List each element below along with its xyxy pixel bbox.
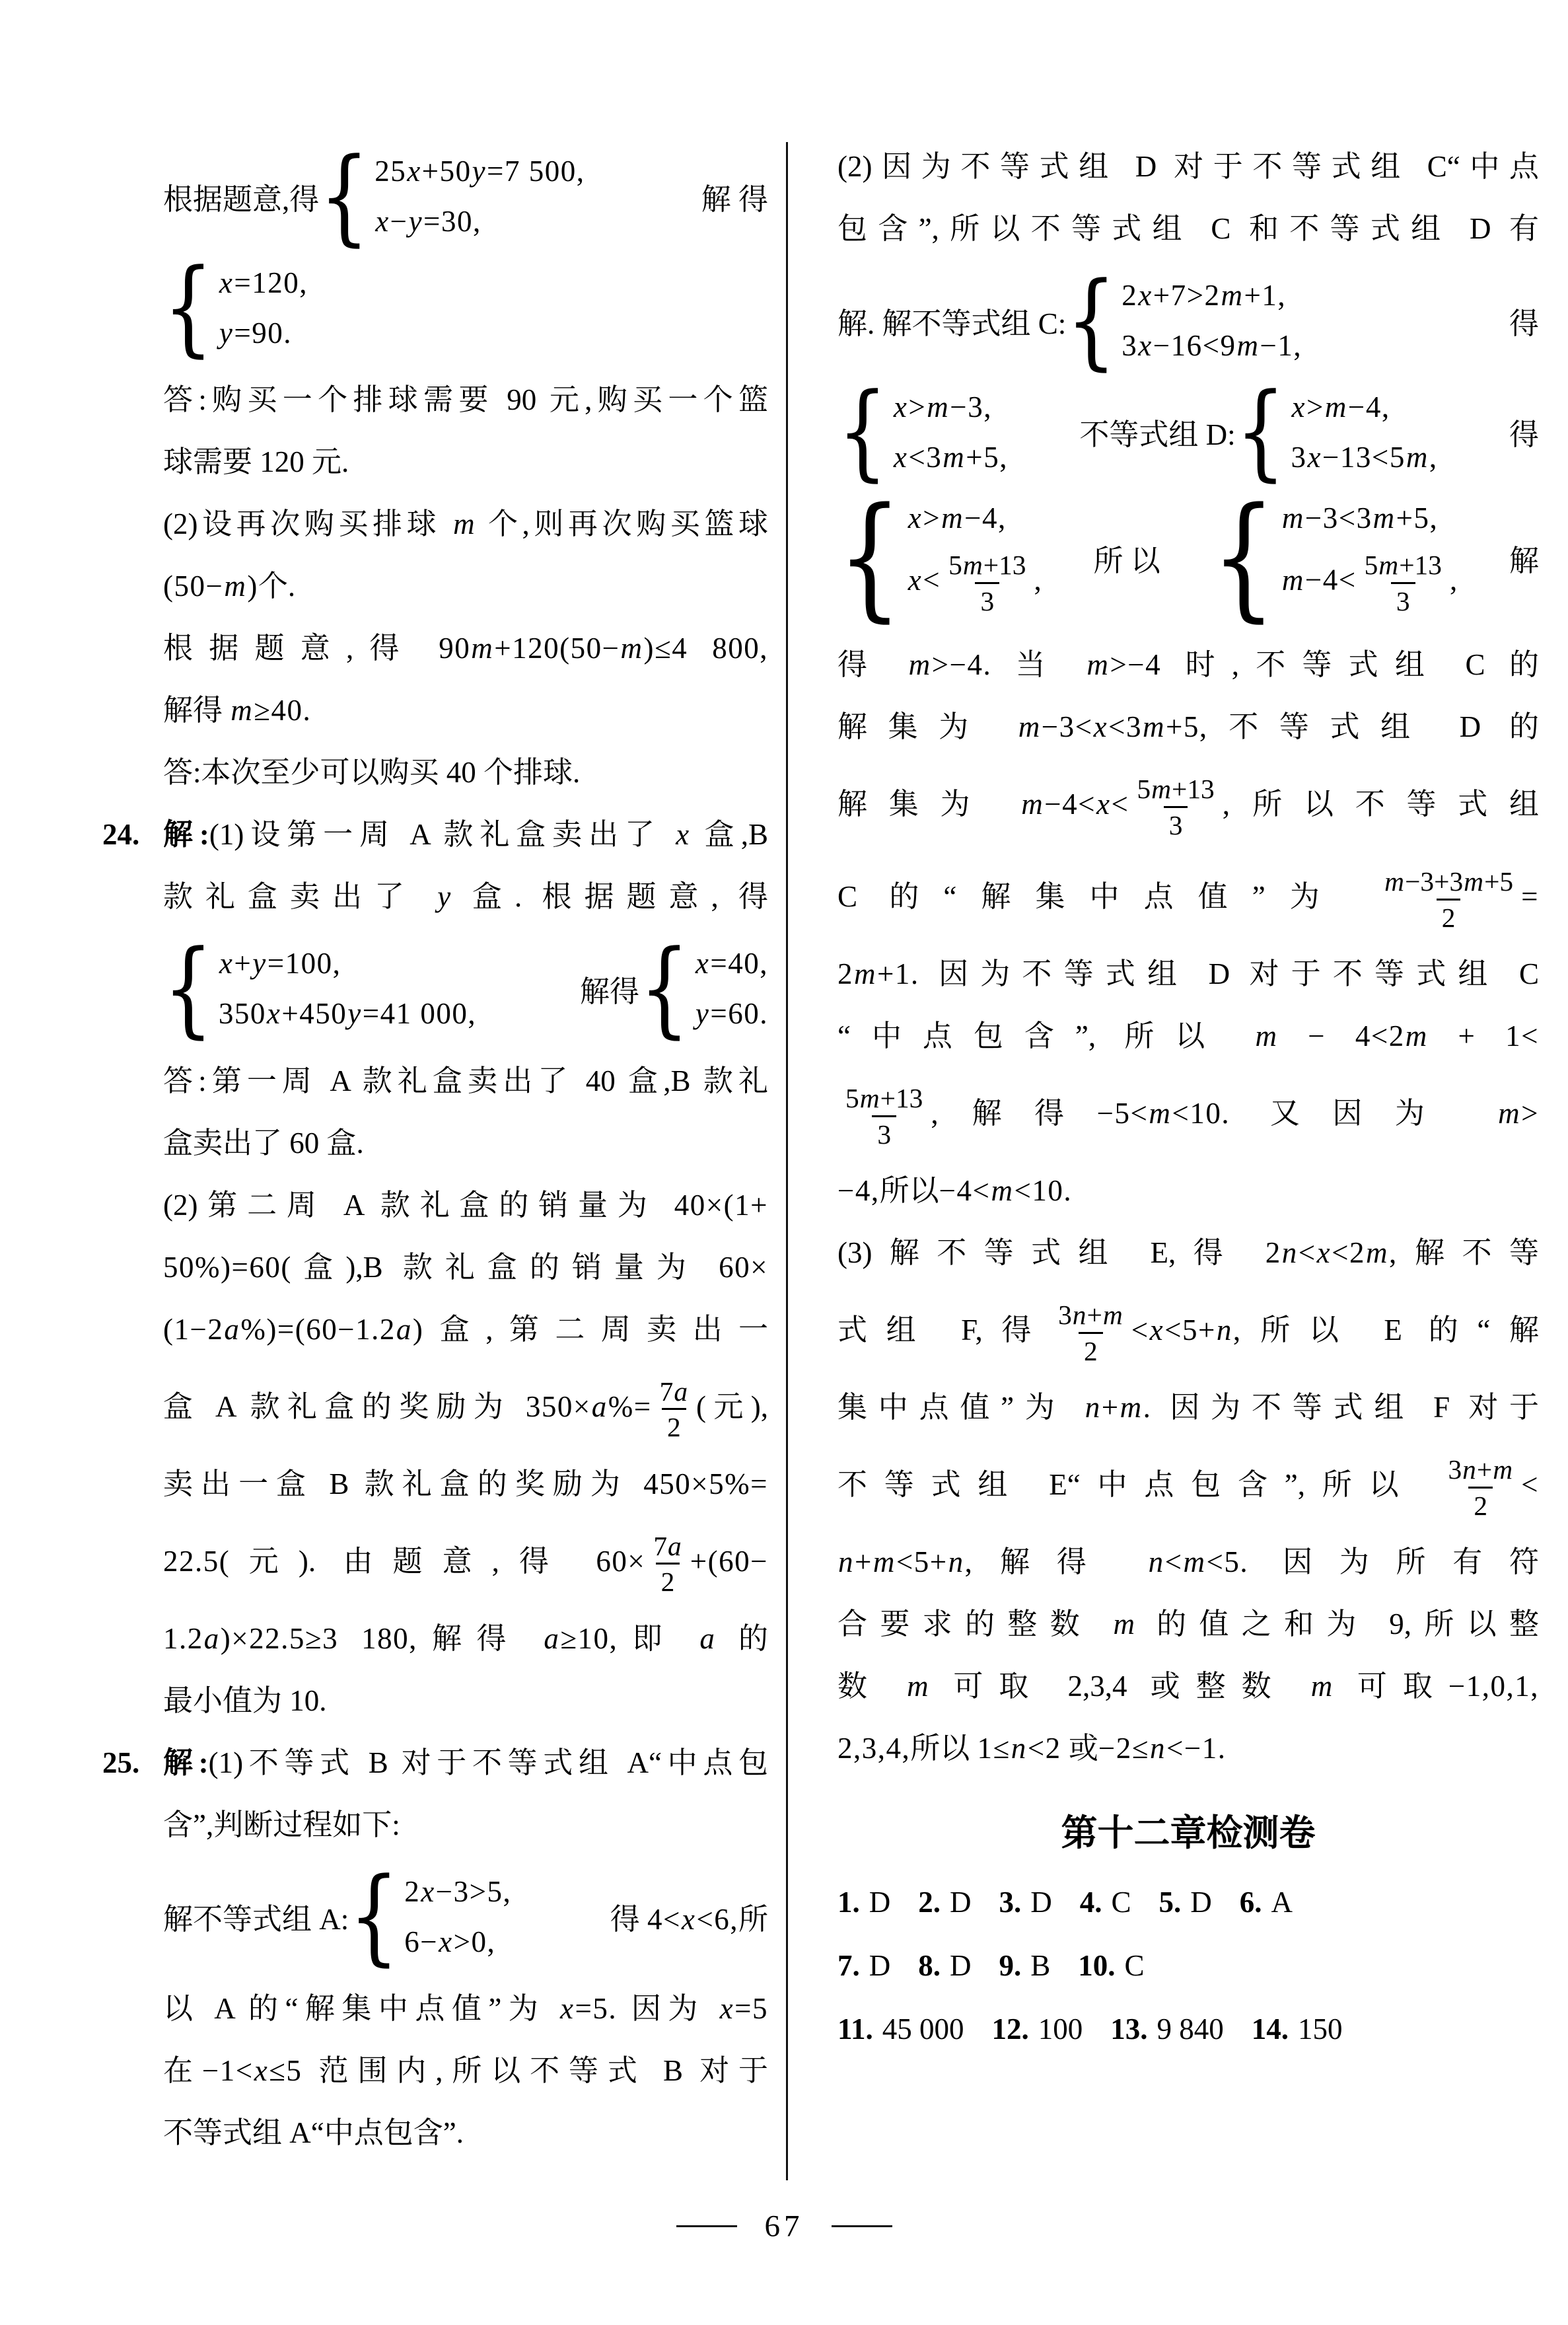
left-brace: { <box>1211 498 1276 618</box>
fraction-numerator: 5m+13 <box>1359 550 1447 581</box>
text-run: 根据题意,得 <box>163 183 319 216</box>
text-run: 所 以 <box>1094 544 1160 577</box>
brace-group: {2x−3>5,6−x>0, <box>349 1866 511 1968</box>
answer-number: 14. <box>1252 2012 1289 2046</box>
answer-number: 8. <box>918 1949 941 1982</box>
text-run: (2)因为不等式组 D 对于不等式组 C“中点 <box>837 150 1539 183</box>
equation-group: 不等式组 D:{x>m−4,3x−13<5m, <box>1079 382 1437 483</box>
equation-text: 所 以 <box>1094 536 1160 579</box>
fraction-denominator: 3 <box>872 1115 896 1150</box>
math-run: , <box>1223 788 1231 821</box>
text-run: 解得 <box>417 1622 543 1655</box>
math-run: 2x−3>5, <box>404 1875 511 1908</box>
footer-dash-left <box>676 2225 737 2227</box>
equation-text: 解 得 <box>701 175 768 218</box>
brace-rows: x>m−4,3x−13<5m, <box>1291 382 1438 483</box>
brace-rows: 2x+7>2m+1,3x−16<9m−1, <box>1122 270 1302 371</box>
math-run: 4<x<6, <box>647 1903 738 1936</box>
math-run: 2,3,4, <box>837 1732 910 1765</box>
equation-row: x>m−4, <box>908 493 1042 543</box>
text-run: 答:购买一个排球需要 90 元,购买一个篮 <box>163 383 768 416</box>
text-run: 个,则再次购买篮球 <box>476 507 768 540</box>
text-run: 即 <box>618 1622 699 1655</box>
answer-item: 12.100 <box>992 2012 1083 2046</box>
answer-value: A <box>1271 1886 1293 1919</box>
equation-line: {x>m−4,x<5m+133,所 以{m−3<3m+5,m−4<5m+133,… <box>837 493 1539 623</box>
math-run: y=90. <box>219 316 292 350</box>
left-brace: { <box>349 1870 399 1964</box>
text-line: 数 m 可取 2,3,4 或整数 m 可取−1,0,1, <box>837 1655 1539 1717</box>
text-line: 包含”,所以不等式组 C 和不等式组 D 有 <box>837 198 1539 260</box>
equation-row: x+y=100, <box>219 938 476 988</box>
equation-line: {x=120,y=90. <box>102 258 768 359</box>
fraction-numerator: 5m+13 <box>1131 774 1219 805</box>
text-run: 因为所有符 <box>1248 1545 1539 1578</box>
text-run: 最小值为 10. <box>163 1684 327 1717</box>
fraction: 7a2 <box>655 1376 694 1443</box>
answer-item: 10.C <box>1078 1948 1144 1983</box>
text-line: 得 m>−4. 当 m>−4 时,不等式组 C 的 <box>837 634 1539 696</box>
answer-item: 4.C <box>1080 1885 1131 1919</box>
math-run: x=120, <box>219 266 308 299</box>
math-run: 90m+120(50−m)≤4 800, <box>439 632 768 665</box>
answer-number: 6. <box>1240 1886 1262 1919</box>
equation-row: x=40, <box>695 938 768 988</box>
text-line: −4,所以−4<m<10. <box>837 1160 1539 1222</box>
text-run: 在 <box>163 2054 202 2087</box>
math-run: (1−2a%)=(60−1.2a) <box>163 1313 423 1346</box>
equation-row: x>m−4, <box>1291 382 1438 432</box>
math-run: 50%)=60 <box>163 1251 281 1284</box>
answer-item: 5.D <box>1159 1885 1212 1919</box>
math-run: , <box>931 1097 939 1130</box>
equation-row: 350x+450y=41 000, <box>219 988 476 1039</box>
text-run: 可取 <box>1334 1670 1448 1703</box>
equation-line: 解. 解不等式组 C:{2x+7>2m+1,3x−16<9m−1,得 <box>837 270 1539 371</box>
text-line: 解得 m≥40. <box>102 679 768 741</box>
math-run: −1,0,1, <box>1448 1670 1539 1703</box>
equation-row: x<5m+133, <box>908 543 1042 623</box>
brace-group: {m−3<3m+5,m−4<5m+133, <box>1211 493 1458 623</box>
math-run: 1.2a)×22.5≥3 180, <box>163 1622 417 1655</box>
answer-line: 11.45 00012.10013.9 84014.150 <box>837 1997 1539 2061</box>
text-run: 款礼盒卖出了 <box>163 880 437 913</box>
text-line: “中点包含”, 所以 m − 4<2m + 1< <box>837 1005 1539 1067</box>
math-run: x <box>675 818 690 851</box>
math-run: m−4< <box>1281 564 1357 597</box>
text-run: 得 <box>610 1903 647 1936</box>
math-run: m <box>1113 1607 1137 1641</box>
math-run: m>−4 <box>1086 648 1161 681</box>
fraction: 5m+133 <box>840 1083 928 1150</box>
answer-item: 11.45 000 <box>837 2012 964 2046</box>
answer-item: 3.D <box>999 1885 1052 1919</box>
brace-rows: 25x+50y=7 500,x−y=30, <box>374 146 585 247</box>
text-run: 当 <box>991 648 1086 681</box>
answer-value: B <box>1030 1949 1050 1982</box>
text-run: 得 <box>837 648 908 681</box>
section-heading: 第十二章检测卷 <box>837 1810 1539 1857</box>
text-line: 以 A 的“解集中点值”为 x=5. 因为 x=5 <box>102 1977 768 2040</box>
page-footer: 67 <box>0 2200 1568 2246</box>
fraction-denominator: 2 <box>1079 1332 1103 1366</box>
brace-group: {x+y=100,350x+450y=41 000, <box>163 938 476 1039</box>
bold-label: 解: <box>163 1746 209 1779</box>
fraction: 3n+m2 <box>1443 1454 1518 1521</box>
math-run: −2≤n<−1. <box>1098 1732 1227 1765</box>
equation-row: 2x−3>5, <box>404 1866 511 1917</box>
fraction-numerator: 7a <box>648 1531 687 1563</box>
fraction: 3n+m2 <box>1053 1300 1129 1366</box>
text-line: 答:第一周 A 款礼盒卖出了 40 盒,B 款礼 <box>102 1050 768 1112</box>
answer-item: 2.D <box>918 1885 971 1919</box>
brace-rows: 2x−3>5,6−x>0, <box>404 1866 511 1968</box>
math-run: (50−m) <box>163 570 258 603</box>
text-run: 解 <box>1509 544 1539 577</box>
math-run: x+y=100, <box>219 947 341 980</box>
text-line: (2)因为不等式组 D 对于不等式组 C“中点 <box>837 135 1539 198</box>
math-run: n+m<5+n, <box>837 1545 973 1578</box>
math-run: 2x+7>2m+1, <box>1122 279 1286 312</box>
math-run: +(60− <box>690 1545 768 1578</box>
equation-row: m−3<3m+5, <box>1281 493 1458 543</box>
fraction-denominator: 2 <box>656 1563 680 1597</box>
text-line: (50−m)个. <box>102 555 768 617</box>
brace-rows: x+y=100,350x+450y=41 000, <box>219 938 476 1039</box>
answer-number: 5. <box>1159 1886 1182 1919</box>
fraction: 7a2 <box>648 1531 687 1598</box>
answer-value: D <box>950 1949 972 1982</box>
left-brace: { <box>1066 274 1116 367</box>
text-line: 解集为 m−4<x<5m+133,所以不等式组 <box>837 758 1539 850</box>
text-run: 解不等式组 A: <box>163 1903 349 1936</box>
text-run: 或 <box>1061 1732 1098 1765</box>
answer-value: C <box>1125 1949 1145 1982</box>
text-line: 含”,判断过程如下: <box>102 1794 768 1856</box>
equation-group: 解不等式组 A:{2x−3>5,6−x>0, <box>163 1866 511 1968</box>
answer-number: 12. <box>992 2012 1029 2046</box>
math-run: 450×5%= <box>643 1467 768 1500</box>
text-line: 式组 F,得3n+m2<x<5+n,所以 E 的“解 <box>837 1284 1539 1376</box>
math-run: 60× <box>719 1251 768 1284</box>
text-run: 解得 <box>163 694 230 727</box>
page: 根据题意,得{25x+50y=7 500,x−y=30,解 得{x=120,y=… <box>0 0 1568 2325</box>
answer-item: 9.B <box>999 1948 1051 1983</box>
equation-group: 解. 解不等式组 C:{2x+7>2m+1,3x−16<9m−1, <box>837 270 1302 371</box>
column-divider <box>786 142 788 2180</box>
math-run: x−y=30, <box>374 205 481 238</box>
text-run: 的值之和为 9,所以整 <box>1137 1607 1539 1641</box>
answer-value: D <box>1190 1886 1212 1919</box>
text-run: 因为 <box>617 1992 719 2025</box>
equation-group: 根据题意,得{25x+50y=7 500,x−y=30, <box>163 146 585 247</box>
text-run: (2)设再次购买排球 <box>163 507 452 540</box>
equation-row: x>m−3, <box>893 382 1008 432</box>
equation-row: 3x−13<5m, <box>1291 432 1438 482</box>
answer-number: 7. <box>837 1949 860 1982</box>
text-run: 不等式组 A“中点包含”. <box>163 2116 464 2149</box>
answer-item: 1.D <box>837 1885 890 1919</box>
brace-group: {25x+50y=7 500,x−y=30, <box>319 146 585 247</box>
answer-line: 1.D2.D3.D4.C5.D6.A <box>837 1870 1539 1934</box>
answer-value: C <box>1112 1886 1131 1919</box>
math-run: m> <box>1497 1097 1539 1130</box>
math-run: 60× <box>596 1545 645 1578</box>
text-line: 款礼盒卖出了 y 盒. 根据题意, 得 <box>102 866 768 928</box>
text-line: 22.5(元). 由题意,得 60×7a2+(60− <box>102 1515 768 1607</box>
left-brace: { <box>837 498 902 618</box>
math-run: −4<m<10. <box>939 1174 1072 1207</box>
text-run: (2)第二周 A 款礼盒的销量为 <box>163 1189 674 1222</box>
answer-line: 7.D8.D9.B10.C <box>837 1934 1539 1997</box>
equation-text: 不等式组 D: <box>1079 410 1235 453</box>
math-run: 6−x>0, <box>404 1925 495 1958</box>
text-line: 最小值为 10. <box>102 1670 768 1732</box>
answer-item: 6.A <box>1240 1885 1293 1919</box>
math-run: m <box>1310 1670 1334 1703</box>
answer-value: 9 840 <box>1157 2012 1224 2046</box>
text-run: 盒. 根据题意, 得 <box>452 880 768 913</box>
text-line: 球需要 120 元. <box>102 431 768 493</box>
text-run: 解得 <box>939 1097 1097 1130</box>
equation-line: 解不等式组 A:{2x−3>5,6−x>0,得 4<x<6,所 <box>102 1866 768 1968</box>
text-run: 所以 <box>910 1732 977 1765</box>
math-run: < <box>1521 1468 1539 1501</box>
text-line: 24.解:(1)设第一周 A 款礼盒卖出了 x 盒,B <box>102 803 768 866</box>
math-run: 2m+1. <box>837 957 919 990</box>
answer-number: 10. <box>1078 1949 1115 1982</box>
left-brace: { <box>163 261 213 355</box>
math-run: m <box>452 507 476 540</box>
text-line: 盒卖出了 60 盒. <box>102 1112 768 1174</box>
brace-rows: x>m−3,x<3m+5, <box>893 382 1008 483</box>
answer-number: 4. <box>1080 1886 1102 1919</box>
brace-rows: x>m−4,x<5m+133, <box>908 493 1042 623</box>
text-line: 2m+1. 因为不等式组 D 对于不等式组 C <box>837 943 1539 1005</box>
text-run: 不等式组 E“中点包含”,所以 <box>837 1468 1440 1501</box>
answer-value: D <box>869 1949 891 1982</box>
text-run: (1)不等式 B 对于不等式组 A“中点包 <box>209 1746 768 1779</box>
text-line: 2,3,4,所以 1≤n<2 或−2≤n<−1. <box>837 1717 1539 1779</box>
math-run: m−3<3m+5, <box>1281 501 1438 535</box>
answer-value: D <box>1030 1886 1052 1919</box>
math-run: x>m−3, <box>893 390 992 424</box>
text-run: 时,不等式组 C 的 <box>1161 648 1539 681</box>
text-run: 可取 2,3,4 或整数 <box>930 1670 1310 1703</box>
text-line: 50%)=60(盒),B 款礼盒的销量为 60× <box>102 1236 768 1298</box>
text-run: 根据题意,得 <box>163 632 439 665</box>
answer-number: 11. <box>837 2012 873 2046</box>
math-run: n+m. <box>1085 1391 1152 1424</box>
text-line: (2)第二周 A 款礼盒的销量为 40×(1+ <box>102 1174 768 1236</box>
brace-group: {x>m−3,x<3m+5, <box>837 382 1008 483</box>
math-run: <x<5+n, <box>1131 1313 1242 1347</box>
math-run: 350x+450y=41 000, <box>219 997 476 1030</box>
brace-group: {x>m−4,3x−13<5m, <box>1236 382 1438 483</box>
equation-text: 解 <box>1509 536 1539 579</box>
text-run: (元), <box>696 1390 768 1423</box>
answer-number: 3. <box>999 1886 1022 1919</box>
text-line: 根据题意,得 90m+120(50−m)≤4 800, <box>102 617 768 679</box>
equation-row: y=90. <box>219 308 308 358</box>
text-run: 所以 <box>880 1174 939 1207</box>
answer-value: 100 <box>1038 2012 1083 2046</box>
fraction: 5m+133 <box>943 550 1031 616</box>
equation-row: x<3m+5, <box>893 432 1008 482</box>
math-run: m−3<x<3m+5, <box>1018 710 1208 743</box>
left-brace: { <box>639 941 690 1035</box>
text-run: 个. <box>258 570 295 603</box>
page-number: 67 <box>765 2209 804 2244</box>
answer-item: 7.D <box>837 1948 890 1983</box>
math-run: , <box>1450 564 1458 597</box>
equation-row: m−4<5m+133, <box>1281 543 1458 623</box>
equation-text: 得 <box>1509 410 1539 453</box>
math-run: x=5. <box>559 1992 617 2025</box>
answer-number: 2. <box>918 1886 941 1919</box>
text-run: 盒卖出了 60 盒. <box>163 1126 364 1160</box>
math-run: x>m−4, <box>1291 390 1390 424</box>
text-run: 答:本次至少可以购买 40 个排球. <box>163 756 580 789</box>
math-run: 40×(1+ <box>674 1189 768 1222</box>
text-run: 因为不等式组 D 对于不等式组 C <box>919 957 1539 990</box>
math-run: 22.5 <box>163 1545 219 1578</box>
text-run: 数 <box>837 1670 906 1703</box>
text-line: 1.2a)×22.5≥3 180,解得 a≥10,即 a 的 <box>102 1607 768 1670</box>
text-run: 所以 E 的“解 <box>1242 1313 1539 1347</box>
text-run: 盒 A 款礼盒的奖励为 <box>163 1390 526 1423</box>
fraction-denominator: 3 <box>975 582 999 616</box>
equation-row: 25x+50y=7 500, <box>374 146 585 196</box>
fraction-numerator: m−3+3m+5 <box>1378 866 1518 898</box>
math-run: 350×a%= <box>526 1390 652 1423</box>
equation-row: 3x−16<9m−1, <box>1122 320 1302 371</box>
text-run: 得 <box>1509 307 1539 340</box>
answer-value: D <box>950 1886 972 1919</box>
text-line: C 的“解集中点值”为 m−3+3m+52= <box>837 850 1539 943</box>
fraction-numerator: 5m+13 <box>943 550 1031 581</box>
text-run: 的 <box>716 1622 768 1655</box>
math-run: 25x+50y=7 500, <box>374 155 585 188</box>
equation-line: {x+y=100,350x+450y=41 000,解得{x=40,y=60. <box>102 938 768 1039</box>
math-run: m>−4. <box>908 648 992 681</box>
text-line: 盒 A 款礼盒的奖励为 350×a%=7a2(元), <box>102 1360 768 1453</box>
text-run: 解得 <box>973 1545 1147 1578</box>
text-line: (1−2a%)=(60−1.2a)盒,第二周卖出一 <box>102 1298 768 1360</box>
math-run: −1<x≤5 <box>202 2054 302 2087</box>
math-run: x=5 <box>719 1992 768 2025</box>
math-run: x< <box>908 564 941 597</box>
text-line: 集中点值”为 n+m. 因为不等式组 F 对于 <box>837 1376 1539 1438</box>
math-run: a <box>699 1622 716 1655</box>
brace-group: {x=120,y=90. <box>163 258 308 359</box>
equation-text: 根据题意,得 <box>163 175 319 218</box>
math-run: a≥10, <box>543 1622 618 1655</box>
brace-group: {2x+7>2m+1,3x−16<9m−1, <box>1066 270 1302 371</box>
text-run: C 的“解集中点值”为 <box>837 880 1376 913</box>
text-run: 解得 <box>580 975 639 1008</box>
math-run: m <box>906 1670 930 1703</box>
math-run: 3x−16<9m−1, <box>1122 329 1302 362</box>
text-run: 不等式组 D: <box>1079 418 1235 451</box>
text-run: 又因为 <box>1230 1097 1497 1130</box>
text-run: 式组 F,得 <box>837 1313 1050 1347</box>
text-line: 合要求的整数 m 的值之和为 9,所以整 <box>837 1593 1539 1655</box>
brace-rows: x=120,y=90. <box>219 258 308 359</box>
answer-number: 9. <box>999 1949 1022 1982</box>
math-run: m≥40. <box>230 694 311 727</box>
text-run: (3)解不等式组 E,得 <box>837 1236 1265 1269</box>
text-run: 所以不等式组 <box>1231 788 1539 821</box>
math-run: y=60. <box>695 997 768 1030</box>
math-run: = <box>1521 880 1539 913</box>
text-line: 卖出一盒 B 款礼盒的奖励为 450×5%= <box>102 1453 768 1515</box>
left-column: 根据题意,得{25x+50y=7 500,x−y=30,解 得{x=120,y=… <box>102 135 768 2164</box>
brace-rows: m−3<3m+5,m−4<5m+133, <box>1281 493 1458 623</box>
text-run: “中点包含”, 所以 <box>837 1019 1255 1052</box>
fraction-denominator: 3 <box>1391 582 1415 616</box>
left-brace: { <box>319 149 369 243</box>
text-line: 25.解:(1)不等式 B 对于不等式组 A“中点包 <box>102 1732 768 1794</box>
equation-text: 得 <box>1509 299 1539 342</box>
brace-rows: x=40,y=60. <box>695 938 768 1039</box>
item-number: 24. <box>102 803 160 866</box>
math-run: 3x−13<5m, <box>1291 441 1438 474</box>
right-column: (2)因为不等式组 D 对于不等式组 C“中点包含”,所以不等式组 C 和不等式… <box>837 135 1539 2061</box>
text-run: 得 <box>1509 418 1539 451</box>
text-line: (2)设再次购买排球 m 个,则再次购买篮球 <box>102 493 768 555</box>
fraction: m−3+3m+52 <box>1378 866 1518 933</box>
text-run: 盒,第二周卖出一 <box>423 1313 768 1346</box>
answer-value: 150 <box>1298 2012 1343 2046</box>
left-brace: { <box>163 941 213 1035</box>
equation-text: 得 4<x<6,所 <box>610 1895 768 1938</box>
math-run: n<m<5. <box>1148 1545 1249 1578</box>
math-run: y <box>437 880 452 913</box>
text-run: 以 A 的“解集中点值”为 <box>163 1992 559 2025</box>
fraction-denominator: 3 <box>1164 806 1188 840</box>
equation-text: 解得 <box>580 967 639 1010</box>
text-run: 解集为 <box>837 788 1020 821</box>
text-line: 答:购买一个排球需要 90 元,购买一个篮 <box>102 369 768 431</box>
text-run: 解. 解不等式组 C: <box>837 307 1066 340</box>
math-run: m−4<x< <box>1020 788 1129 821</box>
fraction-numerator: 3n+m <box>1053 1300 1129 1331</box>
brace-group: {x=40,y=60. <box>639 938 768 1039</box>
text-line: 不等式组 A“中点包含”. <box>102 2102 768 2164</box>
text-run: 解 得 <box>701 183 768 216</box>
equation-row: 2x+7>2m+1, <box>1122 270 1302 320</box>
answer-number: 1. <box>837 1886 860 1919</box>
equation-text: 解. 解不等式组 C: <box>837 299 1066 342</box>
bold-label: 解: <box>163 818 209 851</box>
answer-value: D <box>869 1886 891 1919</box>
answer-item: 14.150 <box>1252 2012 1343 2046</box>
text-run: 因为不等式组 F 对于 <box>1151 1391 1539 1424</box>
fraction-numerator: 5m+13 <box>840 1083 928 1115</box>
equation-row: y=60. <box>695 988 768 1039</box>
text-line: 不等式组 E“中点包含”,所以 3n+m2< <box>837 1438 1539 1531</box>
answer-number: 13. <box>1110 2012 1147 2046</box>
text-run: 球需要 120 元. <box>163 445 349 478</box>
left-brace: { <box>837 385 888 479</box>
text-run: 集中点值”为 <box>837 1391 1085 1424</box>
text-line: 5m+133,解得−5<m<10. 又因为 m> <box>837 1067 1539 1160</box>
text-run: 解集为 <box>837 710 1018 743</box>
text-line: 答:本次至少可以购买 40 个排球. <box>102 741 768 803</box>
math-run: −4, <box>837 1174 880 1207</box>
text-line: 解集为 m−3<x<3m+5,不等式组 D 的 <box>837 696 1539 758</box>
